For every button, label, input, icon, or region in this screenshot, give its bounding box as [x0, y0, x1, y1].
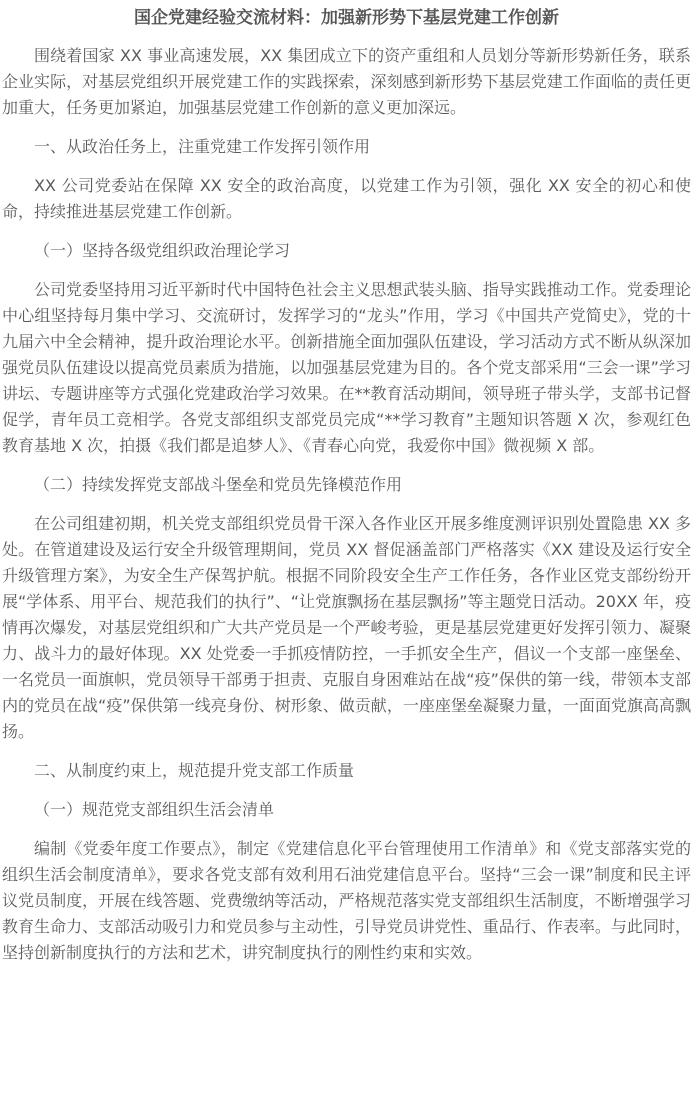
subsection-heading: （二）持续发挥党支部战斗堡垒和党员先锋模范作用: [2, 472, 691, 498]
document-body: 围绕着国家 XX 事业高速发展，XX 集团成立下的资产重组和人员划分等新形势新任…: [2, 43, 691, 966]
paragraph: 围绕着国家 XX 事业高速发展，XX 集团成立下的资产重组和人员划分等新形势新任…: [2, 43, 691, 121]
section-heading: 一、从政治任务上，注重党建工作发挥引领作用: [2, 134, 691, 160]
section-heading: 二、从制度约束上，规范提升党支部工作质量: [2, 758, 691, 784]
paragraph: 公司党委坚持用习近平新时代中国特色社会主义思想武装头脑、指导实践推动工作。党委理…: [2, 277, 691, 459]
paragraph: 在公司组建初期，机关党支部组织党员骨干深入各作业区开展多维度测评识别处置隐患 X…: [2, 511, 691, 745]
document-page: 国企党建经验交流材料：加强新形势下基层党建工作创新 围绕着国家 XX 事业高速发…: [0, 0, 693, 1097]
paragraph: 编制《党委年度工作要点》，制定《党建信息化平台管理使用工作清单》和《党支部落实党…: [2, 836, 691, 966]
paragraph: XX 公司党委站在保障 XX 安全的政治高度，以党建工作为引领，强化 XX 安全…: [2, 173, 691, 225]
subsection-heading: （一）规范党支部组织生活会清单: [2, 797, 691, 823]
subsection-heading: （一）坚持各级党组织政治理论学习: [2, 238, 691, 264]
document-title: 国企党建经验交流材料：加强新形势下基层党建工作创新: [2, 5, 691, 31]
